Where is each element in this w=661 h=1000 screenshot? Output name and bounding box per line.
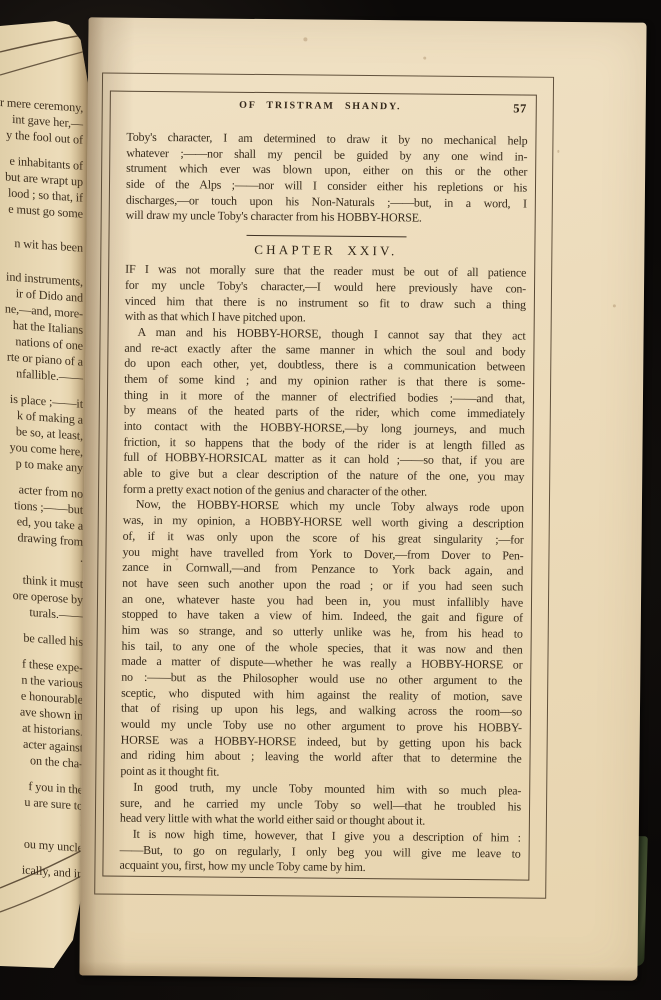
page-text: Toby's character, I am determined to dra… [119,130,527,878]
text-line: will draw my uncle Toby's character from… [126,208,527,228]
running-head: OF TRISTRAM SHANDY. [127,99,514,114]
page-frame-inner: OF TRISTRAM SHANDY. 57 Toby's character,… [102,91,537,881]
paragraph: It is now high time, however, that I giv… [119,827,520,878]
left-page-text-fragment: ou my uncle [0,834,83,856]
paragraph: A man and his HOBBY-HORSE, though I cann… [123,325,526,501]
paper-speck [423,57,426,60]
paragraph: Toby's character, I am determined to dra… [126,130,528,228]
paragraph: Now, the HOBBY-HORSE which my uncle Toby… [120,497,524,783]
left-page-text-fragment: be called his [0,628,83,650]
left-page-fragments: r mere ceremony,int gave her,—y the fool… [0,94,88,882]
chapter-heading: CHAPTER XXIV. [125,241,526,261]
paper-speck [613,304,616,307]
page-number: 57 [513,101,527,116]
page-header: OF TRISTRAM SHANDY. 57 [127,99,528,118]
paragraph: IF I was not morally sure that the reade… [125,262,527,329]
book-page: OF TRISTRAM SHANDY. 57 Toby's character,… [79,17,646,980]
paper-speck [303,37,307,41]
paragraph: In good truth, my uncle Toby mounted him… [120,779,521,830]
page-frame-outer: OF TRISTRAM SHANDY. 57 Toby's character,… [94,72,554,898]
left-page-text-fragment: n wit has been [0,234,83,256]
chapter-rule [246,235,406,238]
chapter-heading-block: CHAPTER XXIV. [125,234,526,261]
paper-speck [557,150,559,153]
